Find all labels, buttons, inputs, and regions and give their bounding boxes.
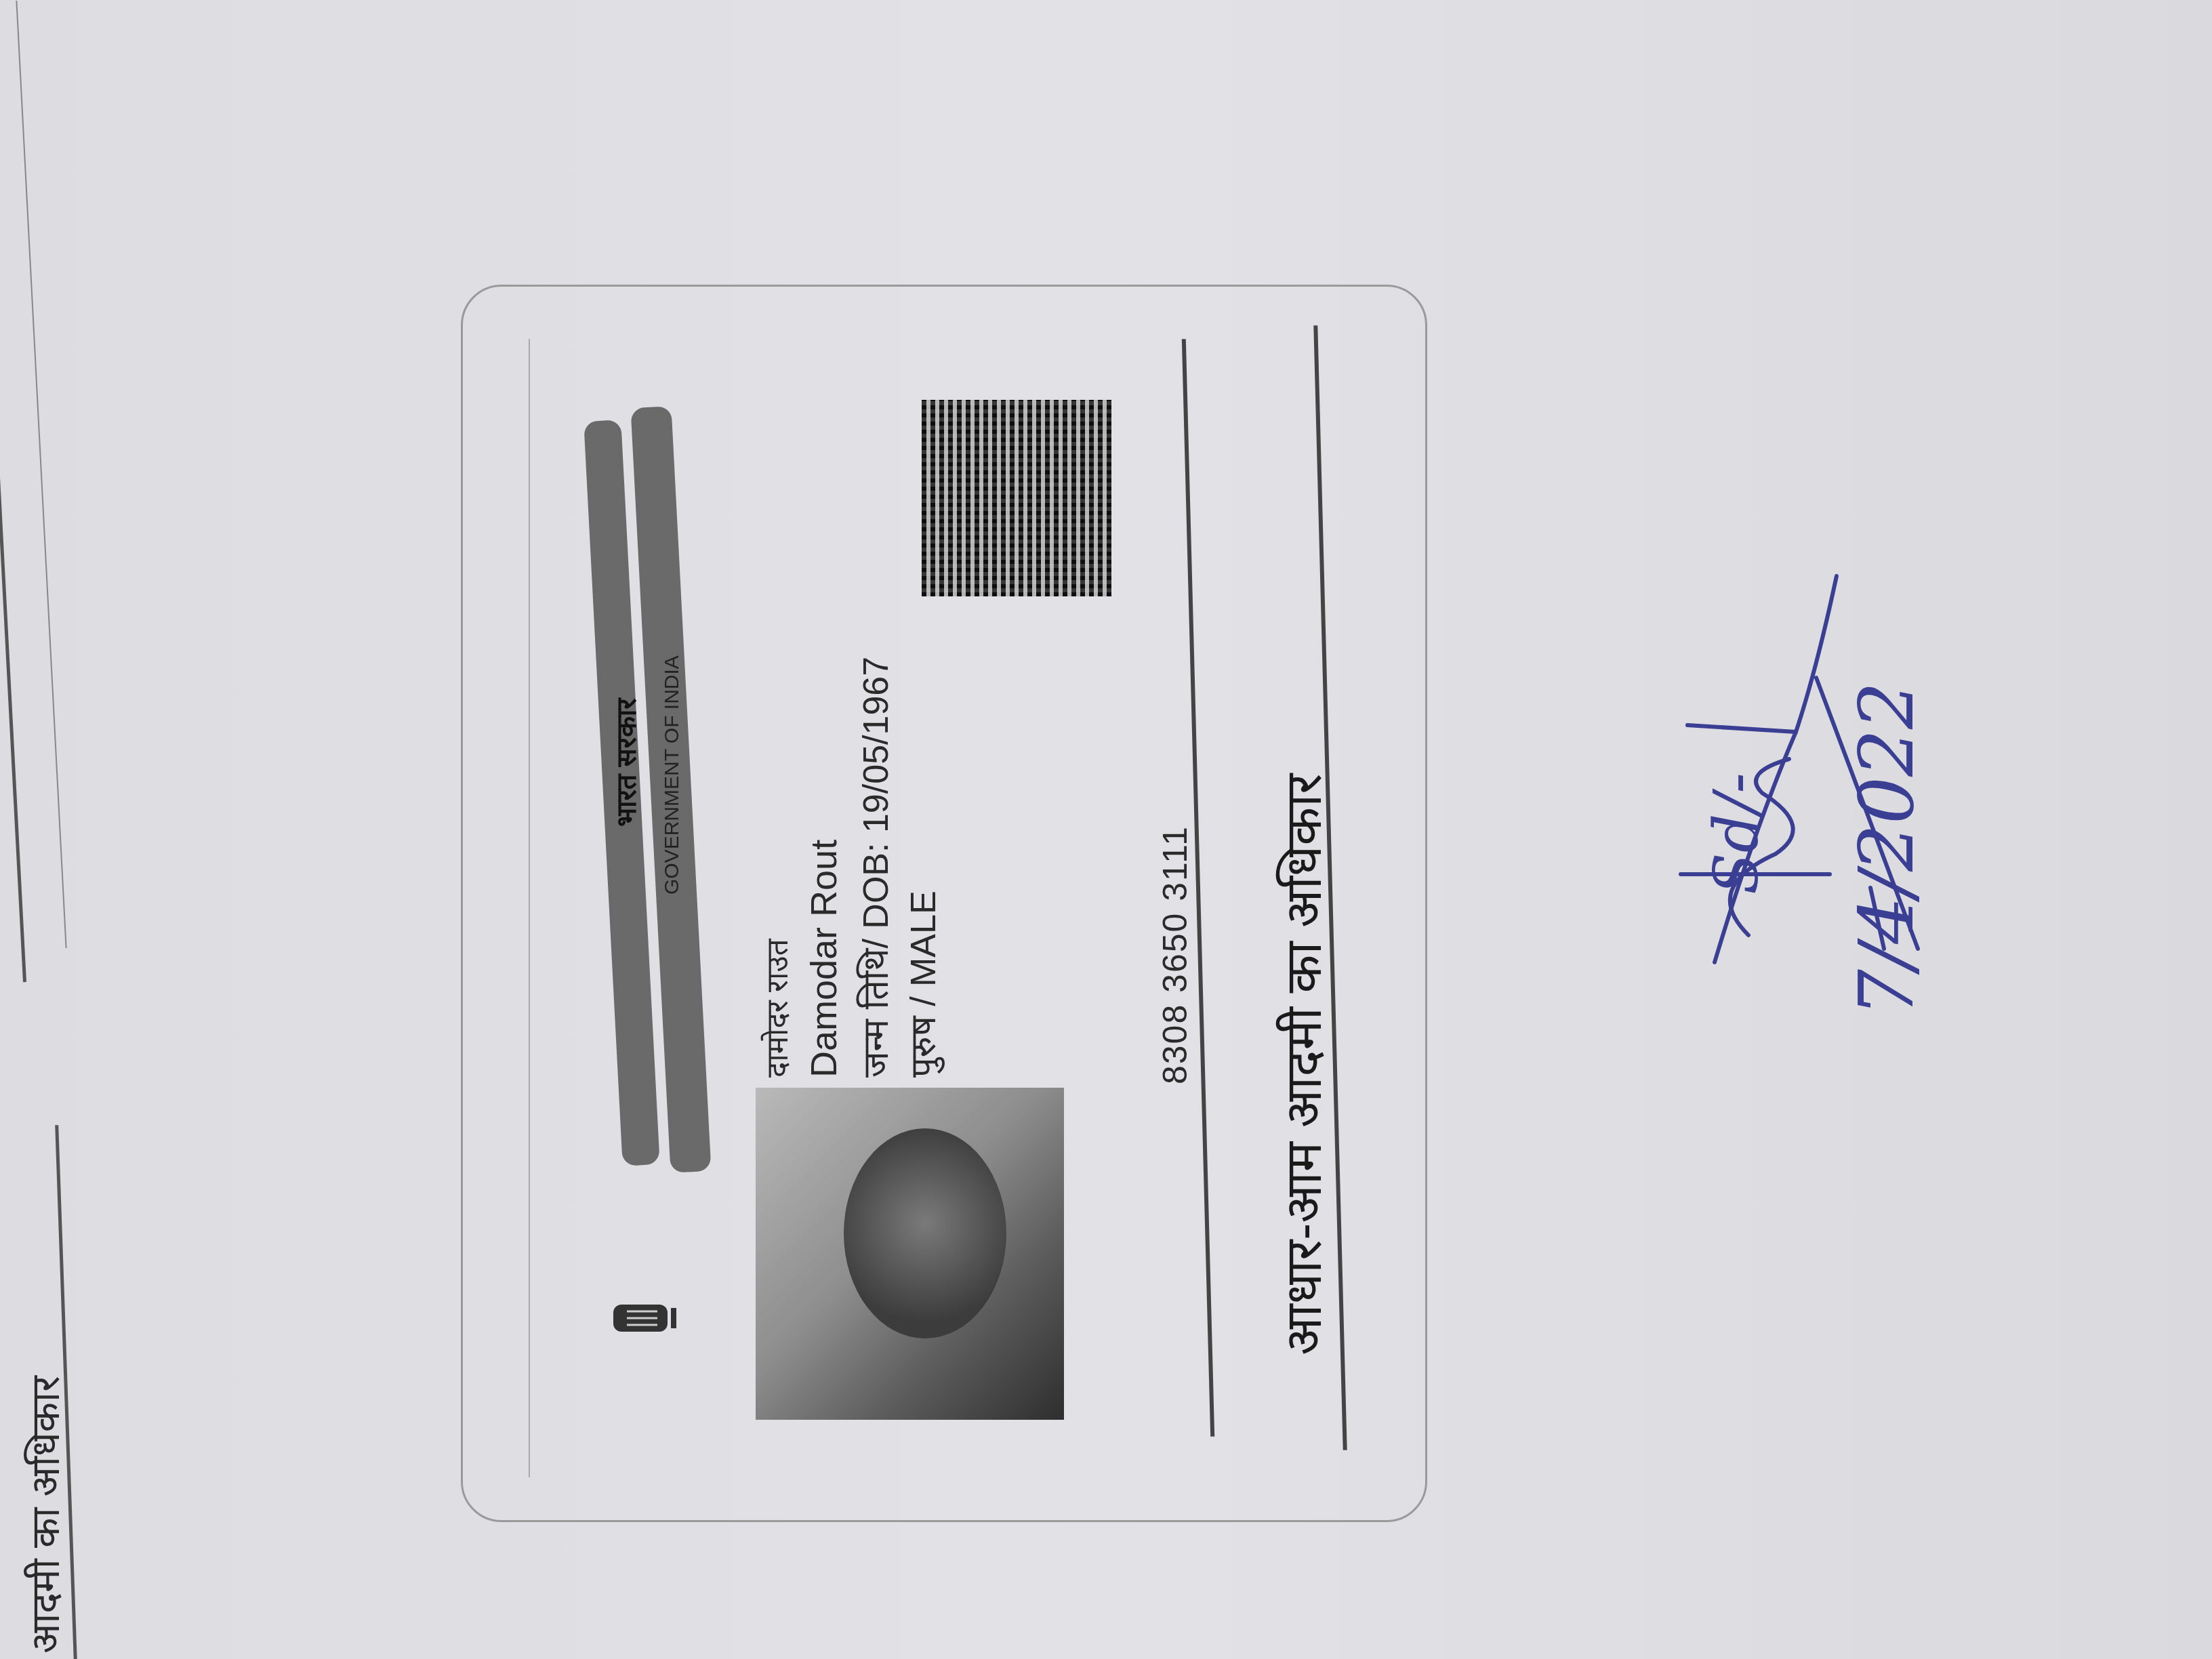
signature-text: Sd/-	[1701, 773, 1772, 895]
header-hindi: भारत सरकार	[607, 698, 644, 827]
ashoka-emblem-icon	[607, 1294, 681, 1342]
name-english: Damodar Rout	[803, 840, 845, 1078]
gender-line: पुरुष / MALE	[898, 890, 946, 1078]
previous-card-tagline: आदमी का अधिकार	[17, 1376, 70, 1654]
qr-code	[922, 400, 1111, 596]
attestation-date: 7/4/2022	[1843, 682, 1930, 1017]
previous-card-border-outer	[16, 1, 66, 948]
previous-card-border	[0, 102, 26, 982]
name-hindi: दामोदर राउत	[756, 939, 796, 1078]
header-english: GOVERNMENT OF INDIA	[661, 655, 684, 895]
handwritten-attestation: Sd/- 7/4/2022	[1660, 352, 1999, 1030]
holder-photo	[756, 1088, 1064, 1420]
dob-line: जन्म तिथि/ DOB: 19/05/1967	[851, 657, 899, 1078]
aadhaar-number: 8308 3650 3111	[1155, 825, 1195, 1084]
tagline: आधार-आम आदमी का अधिकार	[1267, 773, 1336, 1355]
document-page: आदमी का अधिकार भारत सरकार GOVERNMENT OF …	[0, 0, 2212, 1659]
